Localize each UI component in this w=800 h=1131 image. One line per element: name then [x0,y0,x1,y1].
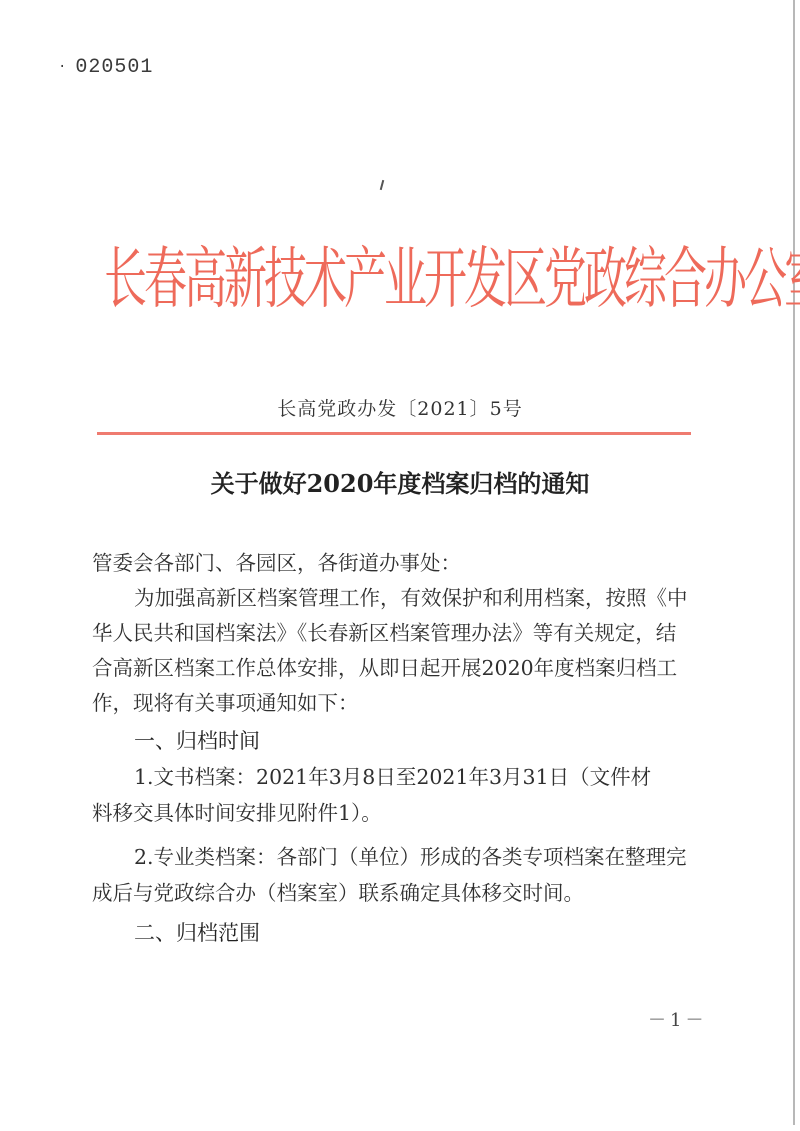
item-1-line-1: 1.文书档案：2021年3月8日至2021年3月31日（文件材 [92,760,744,795]
stray-scan-mark [380,180,385,190]
red-divider-line [97,432,691,435]
serial-number: ·020501 [58,56,153,79]
intro-line-3: 合高新区档案工作总体安排，从即日起开展2020年度档案归档工 [92,651,702,686]
notice-title: 关于做好2020年度档案归档的通知 [0,464,800,499]
page-number: －1－ [648,1006,707,1032]
section-heading-archiving-scope: 二、归档范围 [92,916,744,951]
serial-dot: · [58,59,67,75]
serial-number-text: 020501 [75,56,153,79]
document-number: 长高党政办发〔2021〕5号 [0,394,800,421]
item-2-line-2: 成后与党政综合办（档案室）联系确定具体移交时间。 [92,876,702,911]
item-2-line-1: 2.专业类档案：各部门（单位）形成的各类专项档案在整理完 [92,840,744,875]
intro-line-1: 为加强高新区档案管理工作，有效保护和利用档案，按照《中 [92,581,744,616]
intro-line-4: 作，现将有关事项通知如下： [92,686,702,721]
masthead-title: 长春高新技术产业开发区党政综合办公室文件 [104,218,700,342]
addressee-line: 管委会各部门、各园区，各街道办事处： [92,546,702,581]
section-heading-archiving-time: 一、归档时间 [92,724,744,759]
item-1-line-2: 料移交具体时间安排见附件1）。 [92,796,702,831]
scan-edge-line [793,0,795,1125]
intro-line-2: 华人民共和国档案法》《长春新区档案管理办法》等有关规定，结 [92,616,702,651]
